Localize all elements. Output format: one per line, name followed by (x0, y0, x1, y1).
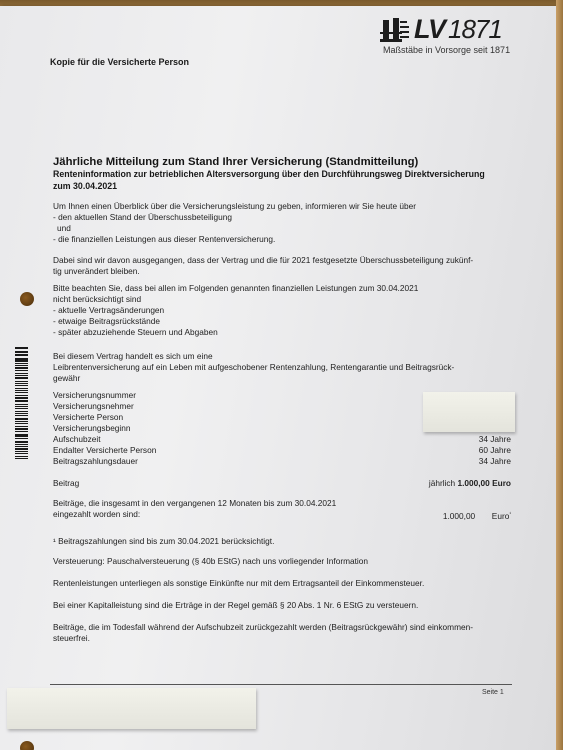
beitrag-label: Beitrag (53, 478, 79, 489)
detail-label: Versicherungsnehmer (53, 401, 134, 412)
document-date: zum 30.04.2021 (53, 181, 521, 193)
lv1871-tower-logo-icon (380, 18, 410, 42)
tax-info: Rentenleistungen unterliegen als sonstig… (53, 578, 521, 589)
notice-bullet: - etwaige Beitragsrückstände (53, 316, 521, 327)
paid-currency: Euro (492, 511, 510, 521)
detail-value: 60 Jahre (479, 445, 511, 456)
detail-label: Endalter Versicherte Person (53, 445, 156, 456)
detail-value: 34 Jahre (479, 434, 511, 445)
company-logo: LV 1871 Maßstäbe in Vorsorge seit 1871 (380, 14, 530, 55)
page-number: Seite 1 (482, 689, 504, 696)
copy-label: Kopie für die Versicherte Person (50, 57, 189, 67)
refund-line: Beiträge, die im Todesfall während der A… (53, 622, 521, 633)
detail-label: Beitragszahlungsdauer (53, 456, 138, 467)
intro-bullet: - die finanziellen Leistungen aus dieser… (53, 234, 521, 245)
refund-line: steuerfrei. (53, 633, 521, 644)
intro-line: Um Ihnen einen Überblick über die Versic… (53, 201, 521, 212)
punch-hole (20, 292, 34, 306)
detail-label: Aufschubzeit (53, 434, 101, 445)
footer-divider (50, 684, 512, 685)
intro-bullet: - den aktuellen Stand der Überschussbete… (53, 212, 521, 223)
paid-label-line: Beiträge, die insgesamt in den vergangen… (53, 498, 521, 509)
paid-contributions: Beiträge, die insgesamt in den vergangen… (53, 498, 521, 522)
paid-amount: 1.000,00 (443, 511, 475, 521)
detail-label: Versicherungsbeginn (53, 423, 131, 434)
notice-line: Bitte beachten Sie, dass bei allen im Fo… (53, 283, 521, 294)
logo-tagline: Maßstäbe in Vorsorge seit 1871 (383, 45, 530, 55)
contract-type-line: gewähr (53, 373, 521, 384)
redaction-sticker (7, 688, 256, 729)
detail-label: Versicherte Person (53, 412, 123, 423)
detail-value: 34 Jahre (479, 456, 511, 467)
redaction-sticker (423, 392, 515, 432)
logo-year: 1871 (448, 16, 502, 42)
document-subtitle-line: Renteninformation zur betrieblichen Alte… (53, 169, 521, 181)
notice-line: nicht berücksichtigt sind (53, 294, 521, 305)
logo-brand: LV (414, 16, 445, 42)
beitrag-amount: 1.000,00 Euro (457, 478, 511, 488)
beitrag-value: jährlich 1.000,00 Euro (429, 478, 511, 489)
footnote-mark: ¹ (509, 511, 511, 517)
assumption-paragraph: Dabei sind wir davon ausgegangen, dass d… (53, 255, 521, 277)
notice-bullet: - später abzuziehende Steuern und Abgabe… (53, 327, 521, 338)
document-title: Jährliche Mitteilung zum Stand Ihrer Ver… (53, 156, 521, 169)
contract-type-paragraph: Bei diesem Vertrag handelt es sich um ei… (53, 351, 521, 384)
beitrag-row: Beitrag jährlich 1.000,00 Euro (53, 478, 511, 489)
punch-hole (20, 741, 34, 750)
detail-row: Aufschubzeit34 Jahre (53, 434, 511, 445)
intro-paragraph: Um Ihnen einen Überblick über die Versic… (53, 201, 521, 245)
intro-conjunction: und (53, 223, 521, 234)
detail-row: Endalter Versicherte Person60 Jahre (53, 445, 511, 456)
barcode-icon (15, 347, 28, 460)
contract-type-line: Leibrentenversicherung auf ein Leben mit… (53, 362, 521, 373)
paid-label-line: eingezahlt worden sind: (53, 509, 140, 522)
paid-value: 1.000,00 Euro¹ (443, 509, 511, 522)
notice-paragraph: Bitte beachten Sie, dass bei allen im Fo… (53, 283, 521, 338)
detail-row: Beitragszahlungsdauer34 Jahre (53, 456, 511, 467)
tax-info: Bei einer Kapitalleistung sind die Erträ… (53, 600, 521, 611)
assumption-line: Dabei sind wir davon ausgegangen, dass d… (53, 255, 521, 266)
notice-bullet: - aktuelle Vertragsänderungen (53, 305, 521, 316)
assumption-line: tig unverändert bleiben. (53, 266, 521, 277)
tax-info: Versteuerung: Pauschalversteuerung (§ 40… (53, 556, 521, 567)
background-edge (556, 0, 563, 750)
refund-paragraph: Beiträge, die im Todesfall während der A… (53, 622, 521, 644)
detail-label: Versicherungsnummer (53, 390, 136, 401)
beitrag-frequency: jährlich (429, 478, 455, 488)
footnote: ¹ Beitragszahlungen sind bis zum 30.04.2… (53, 536, 521, 547)
contract-type-line: Bei diesem Vertrag handelt es sich um ei… (53, 351, 521, 362)
